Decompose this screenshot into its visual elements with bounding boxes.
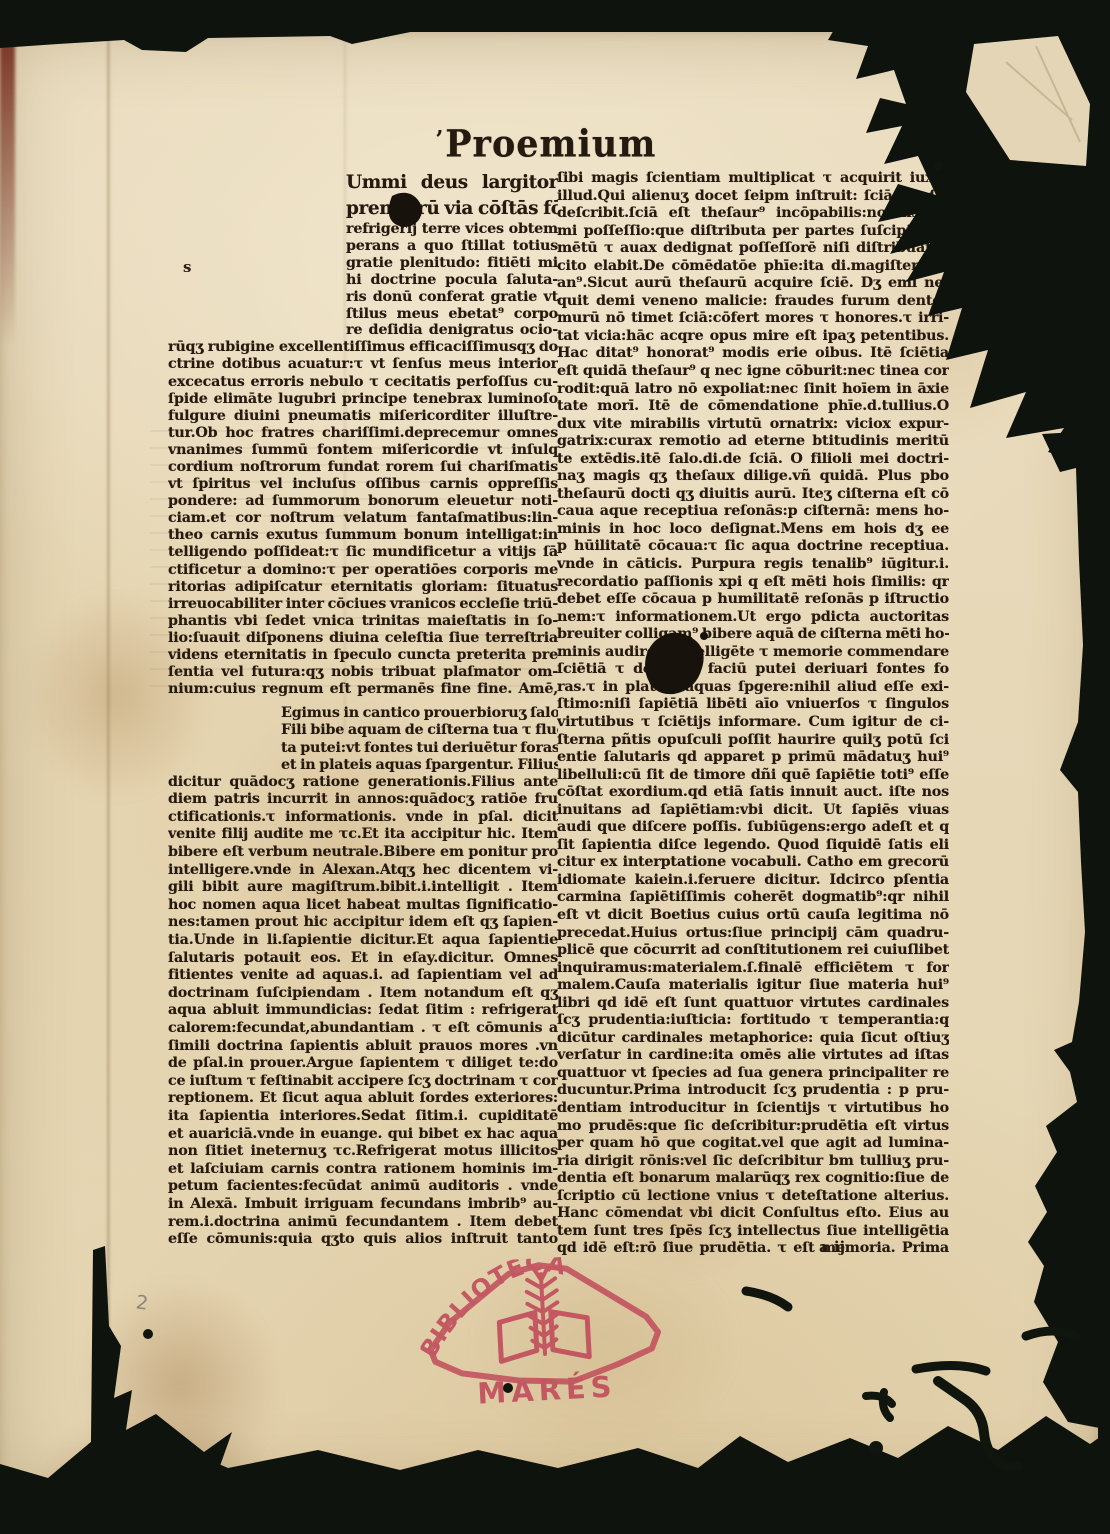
text-line: caua aque receptiua reſonās:p ciſternā: … bbox=[557, 503, 949, 521]
text-line: ras.τ in plateis aquas ſpgere:nihil aliu… bbox=[557, 679, 949, 697]
text-line: venite filij audite me τc.Et ita accipit… bbox=[168, 826, 558, 844]
text-line: tur.Ob hoc fratres chariſſimi.deprecemur… bbox=[168, 425, 558, 442]
text-line: ſciētiā τ doctrinā faciū putei deriuari … bbox=[557, 661, 949, 679]
quire-signature: a ij bbox=[782, 1238, 882, 1256]
text-line: ria dirigit rōnis:vel ſic deſcribitur bm… bbox=[557, 1153, 949, 1171]
text-line: p hūilitatē cōcaua:τ ſic aqua doctrine r… bbox=[557, 538, 949, 556]
text-line: vnanimes ſummū fontem miſericordie vt in… bbox=[168, 442, 558, 459]
text-line: aqua abluit immundicias: ſedat ſitim : r… bbox=[168, 1002, 558, 1020]
text-line: cordium noſtrorum fundat rorem ſui chari… bbox=[168, 459, 558, 476]
text-line: excecatus erroris nebulo τ cecitatis per… bbox=[168, 374, 558, 391]
text-line: tia.Unde in li.ſapientie dicitur.Et aqua… bbox=[168, 932, 558, 950]
text-line: entie ſalutaris qd apparet p primū mādat… bbox=[557, 749, 949, 767]
text-line: ducuntur.Prima introducit ſcʒ prudentia … bbox=[557, 1082, 949, 1100]
stamp-name-text: MARÉS bbox=[476, 1369, 617, 1410]
text-line: rūqʒ rubigine excellentiſſimus efficaciſ… bbox=[168, 339, 558, 356]
text-line: virtutibus τ ſciētijs informare. Cum igi… bbox=[557, 714, 949, 732]
text-line: dentiam introducitur in ſcientijs τ virt… bbox=[557, 1100, 949, 1118]
text-line: ſit ſapientia diſce legendo. Quod ſiquid… bbox=[557, 837, 949, 855]
paragraph-1: rūqʒ rubigine excellentiſſimus efficaciſ… bbox=[168, 339, 558, 698]
text-line: eſſe cōmunis:quia qʒto quis alios inſtru… bbox=[168, 1231, 558, 1249]
text-line: hoc nomen aqua licet habeat multas ſigni… bbox=[168, 897, 558, 915]
text-line: dux vite mirabilis virtutū ornatrix: vic… bbox=[557, 416, 949, 434]
title-flourish: ’ bbox=[436, 127, 445, 154]
text-line: et laſciuiam carnis contra rationem homi… bbox=[168, 1161, 558, 1179]
text-line: ſalutaris potauit eos. Et in eſay.dicitu… bbox=[168, 950, 558, 968]
text-line: irreuocabiliter inter cōciues vranicos e… bbox=[168, 596, 558, 613]
text-line: nium:cuius regnum eſt permanēs fine fine… bbox=[168, 681, 558, 698]
text-line: mētū τ auax dedignat poſſeſſorē niſi diſ… bbox=[557, 240, 949, 258]
text-line: dicitur quādocʒ ratione generationis.Fil… bbox=[168, 774, 558, 792]
text-line: ſibi magis ſcientiam multiplicat τ acqui… bbox=[557, 170, 949, 188]
text-line: theſaurū docti qʒ diuitis aurū. Iteʒ ciſ… bbox=[557, 486, 949, 504]
text-line: hi doctrine pocula ſaluta- bbox=[346, 272, 558, 289]
text-line: pondere: ad ſummorum bonorum eleuetur no… bbox=[168, 493, 558, 510]
text-line: citur ex interptatione vocabuli. Catho e… bbox=[557, 854, 949, 872]
library-stamp: BIBLIOTECA MARÉS bbox=[416, 1252, 674, 1417]
text-line: inuitans ad ſapiētiam:vbi dicit. Ut ſapi… bbox=[557, 802, 949, 820]
text-line: non ſitiet ineternuʒ τc.Refrigerat motus… bbox=[168, 1143, 558, 1161]
text-line: plicē que cōcurrit ad conſtitutionem rei… bbox=[557, 942, 949, 960]
text-line: ſcriptio cū lectione vnius τ deteſtation… bbox=[557, 1188, 949, 1206]
text-line: gratie plenitudo: fitiēti mi bbox=[346, 255, 558, 272]
text-line: refrigerij terre vices obtem bbox=[346, 221, 558, 238]
page-title-text: Proemium bbox=[445, 123, 656, 166]
text-line: te extēdis.itē ſalo.di.de ſciā. O filiol… bbox=[557, 451, 949, 469]
text-line: videns eternitatis in ſpeculo cuncta pre… bbox=[168, 647, 558, 664]
text-line: premiorū via cōſtās fōs bbox=[346, 196, 558, 222]
text-line: Egimus in cantico prouerbioruʒ ſalo. bbox=[281, 705, 558, 722]
text-line: libri qd idē eſt ſunt quattuor virtutes … bbox=[557, 995, 949, 1013]
text-line: eſt vt dicit Boetius cuius ortū cauſa le… bbox=[557, 907, 949, 925]
text-line: per quam hō que cogitat.vel que agit ad … bbox=[557, 1135, 949, 1153]
text-line: malem.Cauſa materialis igitur ſiue mater… bbox=[557, 977, 949, 995]
text-line: ctificetur a domino:τ per operatiōes cor… bbox=[168, 562, 558, 579]
text-line: recordatio paſſionis xpi q eſt mēti hois… bbox=[557, 574, 949, 592]
text-line: theo carnis exutus ſummum bonum intellig… bbox=[168, 527, 558, 544]
text-line: minis in hoc loco deſignat.Mens em hois … bbox=[557, 521, 949, 539]
text-line: petum facientes:fecūdat animū auditoris … bbox=[168, 1178, 558, 1196]
text-line: deſcribit.ſciā eſt theſaur⁹ incōpabilis:… bbox=[557, 205, 949, 223]
text-line: vt ſpiritus vel incluſus oſſibus carnis … bbox=[168, 476, 558, 493]
opening-small-lines: refrigerij terre vices obtemperans a quo… bbox=[346, 221, 558, 339]
text-line: ſterna pñtis opuſculi poſſit haurire qui… bbox=[557, 732, 949, 750]
text-line: cito elabit.De cōmēdatōe phīe:ita di.mag… bbox=[557, 258, 949, 276]
text-line: ta putei:vt fontes tui deriuētur foras. bbox=[281, 740, 558, 757]
text-line: naʒ magis qʒ theſaux dilige.vñ quidā. Pl… bbox=[557, 468, 949, 486]
opening-with-initial-space: Ummi deus largitorpremiorū via cōſtās fō… bbox=[346, 170, 558, 339]
text-line: tat vicia:hāc acqre opus mire eſt ipaʒ p… bbox=[557, 328, 949, 346]
text-line: bibere eſt verbum neutrale.Bibere em pon… bbox=[168, 844, 558, 862]
text-line: intelligere.vnde in Alexan.Atqʒ hec dice… bbox=[168, 862, 558, 880]
text-line: minis audire τ intelligēte τ memorie com… bbox=[557, 644, 949, 662]
text-line: ſtilus meus ebetat⁹ corpo bbox=[346, 306, 558, 323]
text-line: verſatur in cardine:ita omēs alie virtut… bbox=[557, 1047, 949, 1065]
text-line: ſpide elimāte lugubri principe tenebrax … bbox=[168, 391, 558, 408]
text-line: phantis vbi ſedet vnica trinitas maieſta… bbox=[168, 613, 558, 630]
text-line: ris donū conferat gratie vt bbox=[346, 289, 558, 306]
text-line: rem.i.doctrina animū fecundantem . Item … bbox=[168, 1214, 558, 1232]
text-line: quit demi veneno malicie: fraudes furum … bbox=[557, 293, 949, 311]
text-line: Ummi deus largitor bbox=[346, 170, 558, 196]
binding-spine-edge bbox=[0, 30, 15, 345]
page-title: ’Proemium bbox=[0, 123, 1092, 166]
text-line: an⁹.Sicut aurū theſaurū acquire ſciē. Dʒ… bbox=[557, 275, 949, 293]
text-line: nem:τ informationem.Ut ergo pdicta aucto… bbox=[557, 609, 949, 627]
text-line: ctificationis.τ informationis. vnde in p… bbox=[168, 809, 558, 827]
text-line: et in plateis aquas ſpargentur. Filius bbox=[281, 757, 558, 774]
text-line: debet eſſe cōcaua p humilitatē reſonās p… bbox=[557, 591, 949, 609]
text-line: de pſal.in prouer.Argue ſapientem τ dili… bbox=[168, 1055, 558, 1073]
text-line: cōſtat exordium.qd etiā ſatis innuit auc… bbox=[557, 784, 949, 802]
text-line: telligendo poſſideat:τ ſic mundificetur … bbox=[168, 544, 558, 561]
text-line: inquiramus:materialem.ſ.finalē efficiēte… bbox=[557, 960, 949, 978]
text-line: vnde in cāticis. Purpura regis tenalib⁹ … bbox=[557, 556, 949, 574]
text-line: ſentia vel futura:qʒ nobis tribuat plaſm… bbox=[168, 664, 558, 681]
text-line: ce iuſtum τ feſtinabit accipere ſcʒ doct… bbox=[168, 1073, 558, 1091]
text-line: perans a quo ſtillat totius bbox=[346, 238, 558, 255]
right-text-column: ſibi magis ſcientiam multiplicat τ acqui… bbox=[557, 170, 949, 1262]
text-line: reptionem. Et ſicut aqua abluit ſordes e… bbox=[168, 1090, 558, 1108]
text-line: et auariciā.vnde in euange. qui bibet ex… bbox=[168, 1126, 558, 1144]
text-line: precedat.Huius ortus:ſiue principij cām … bbox=[557, 925, 949, 943]
paragraph-2-body: dicitur quādocʒ ratione generationis.Fil… bbox=[168, 774, 558, 1249]
text-line: gili bibit aure magiſtrum.bibit.i.intell… bbox=[168, 879, 558, 897]
text-line: mi poſſeſſio:que diſtributa per partes ſ… bbox=[557, 223, 949, 241]
text-line: dentia eſt bonarum malarūqʒ rex cognitio… bbox=[557, 1170, 949, 1188]
text-line: Hac ditat⁹ honorat⁹ modis erie oibus. It… bbox=[557, 345, 949, 363]
text-line: tate morī. Itē de cōmendatione phīe.d.tu… bbox=[557, 398, 949, 416]
text-line: carmina ſapiētiſſimis coherēt dogmatib⁹:… bbox=[557, 889, 949, 907]
text-line: audi que diſcere poſſis. ſubiūgens:ergo … bbox=[557, 819, 949, 837]
scanned-book-page: ’Proemium s 2 Ummi deus largitorpremiorū… bbox=[0, 0, 1110, 1534]
text-line: ſtimo:niſi ſapiētiā libēti aīo vniuerſos… bbox=[557, 696, 949, 714]
text-line: ritorias adipiſcatur eternitatis gloriam… bbox=[168, 579, 558, 596]
text-line: ſimili doctrina ſapientis abluit prauos … bbox=[168, 1038, 558, 1056]
text-line: calorem:fecundat,abundantiam . τ eſt cōm… bbox=[168, 1020, 558, 1038]
text-line: rodit:quā latro nō expoliat:nec ſinit ho… bbox=[557, 381, 949, 399]
text-line: dicūtur cardinales metaphorice: quia ſic… bbox=[557, 1030, 949, 1048]
text-line: murū nō timet ſciā:cōfert mores τ honore… bbox=[557, 310, 949, 328]
text-line: idiomate kaiein.i.feruere dicitur. Idcir… bbox=[557, 872, 949, 890]
text-line: fitientes venite ad aquas.i. ad ſapienti… bbox=[168, 967, 558, 985]
text-line: nes:tamen prout hic accipitur idem eſt q… bbox=[168, 914, 558, 932]
text-line: tem ſunt tres ſpēs ſcʒ intellectus ſiue … bbox=[557, 1223, 949, 1241]
opening-large-lines: Ummi deus largitorpremiorū via cōſtās fō… bbox=[346, 170, 558, 221]
text-line: doctrinam ſuſcipiendam . Item notandum e… bbox=[168, 985, 558, 1003]
text-line: eſt quidā theſaur⁹ q nec igne cōburit:ne… bbox=[557, 363, 949, 381]
text-line: libelluli:cū ſit de timore dñi quē ſapiē… bbox=[557, 767, 949, 785]
text-line: illud.Qui alienuʒ docet ſeipm inſtruit: … bbox=[557, 188, 949, 206]
text-line: ctrine dotibus acuatur:τ vt ſenſus meus … bbox=[168, 356, 558, 373]
left-text-column: Ummi deus largitorpremiorū via cōſtās fō… bbox=[168, 170, 558, 1260]
text-line: ciam.et cor noſtrum velatum fantaſmatibu… bbox=[168, 510, 558, 527]
text-line: quattuor vt ſpecies ad ſua genera princi… bbox=[557, 1065, 949, 1083]
text-line: gatrix:curax remotio ad eterne btitudini… bbox=[557, 433, 949, 451]
text-line: ſcʒ prudentia:iuſticia: fortitudo τ temp… bbox=[557, 1012, 949, 1030]
text-line: breuiter colligam⁹ bibere aquā de ciſter… bbox=[557, 626, 949, 644]
text-line: ita ſapientia interiores.Sedat ſitim.i. … bbox=[168, 1108, 558, 1126]
text-line: lio:ſuauit diſponens diuina celeſtia ſiu… bbox=[168, 630, 558, 647]
text-line: Hanc cōmendat vbi dicit Conſultus eſto. … bbox=[557, 1205, 949, 1223]
text-line: re deſidia denigratus ocio- bbox=[346, 322, 558, 339]
text-line: mo prudēs:que ſic deſcribitur:prudētia e… bbox=[557, 1118, 949, 1136]
text-line: fulgure diuini pneumatis miſericorditer … bbox=[168, 408, 558, 425]
text-line: in Alexā. Imbuit irriguam fecundans imbr… bbox=[168, 1196, 558, 1214]
paragraph-2-indent: Egimus in cantico prouerbioruʒ ſalo.Fili… bbox=[281, 705, 558, 773]
text-line: diem patris incurrit in annos:quādocʒ ra… bbox=[168, 791, 558, 809]
text-line: Fili bibe aquam de ciſterna tua τ fluen bbox=[281, 722, 558, 739]
